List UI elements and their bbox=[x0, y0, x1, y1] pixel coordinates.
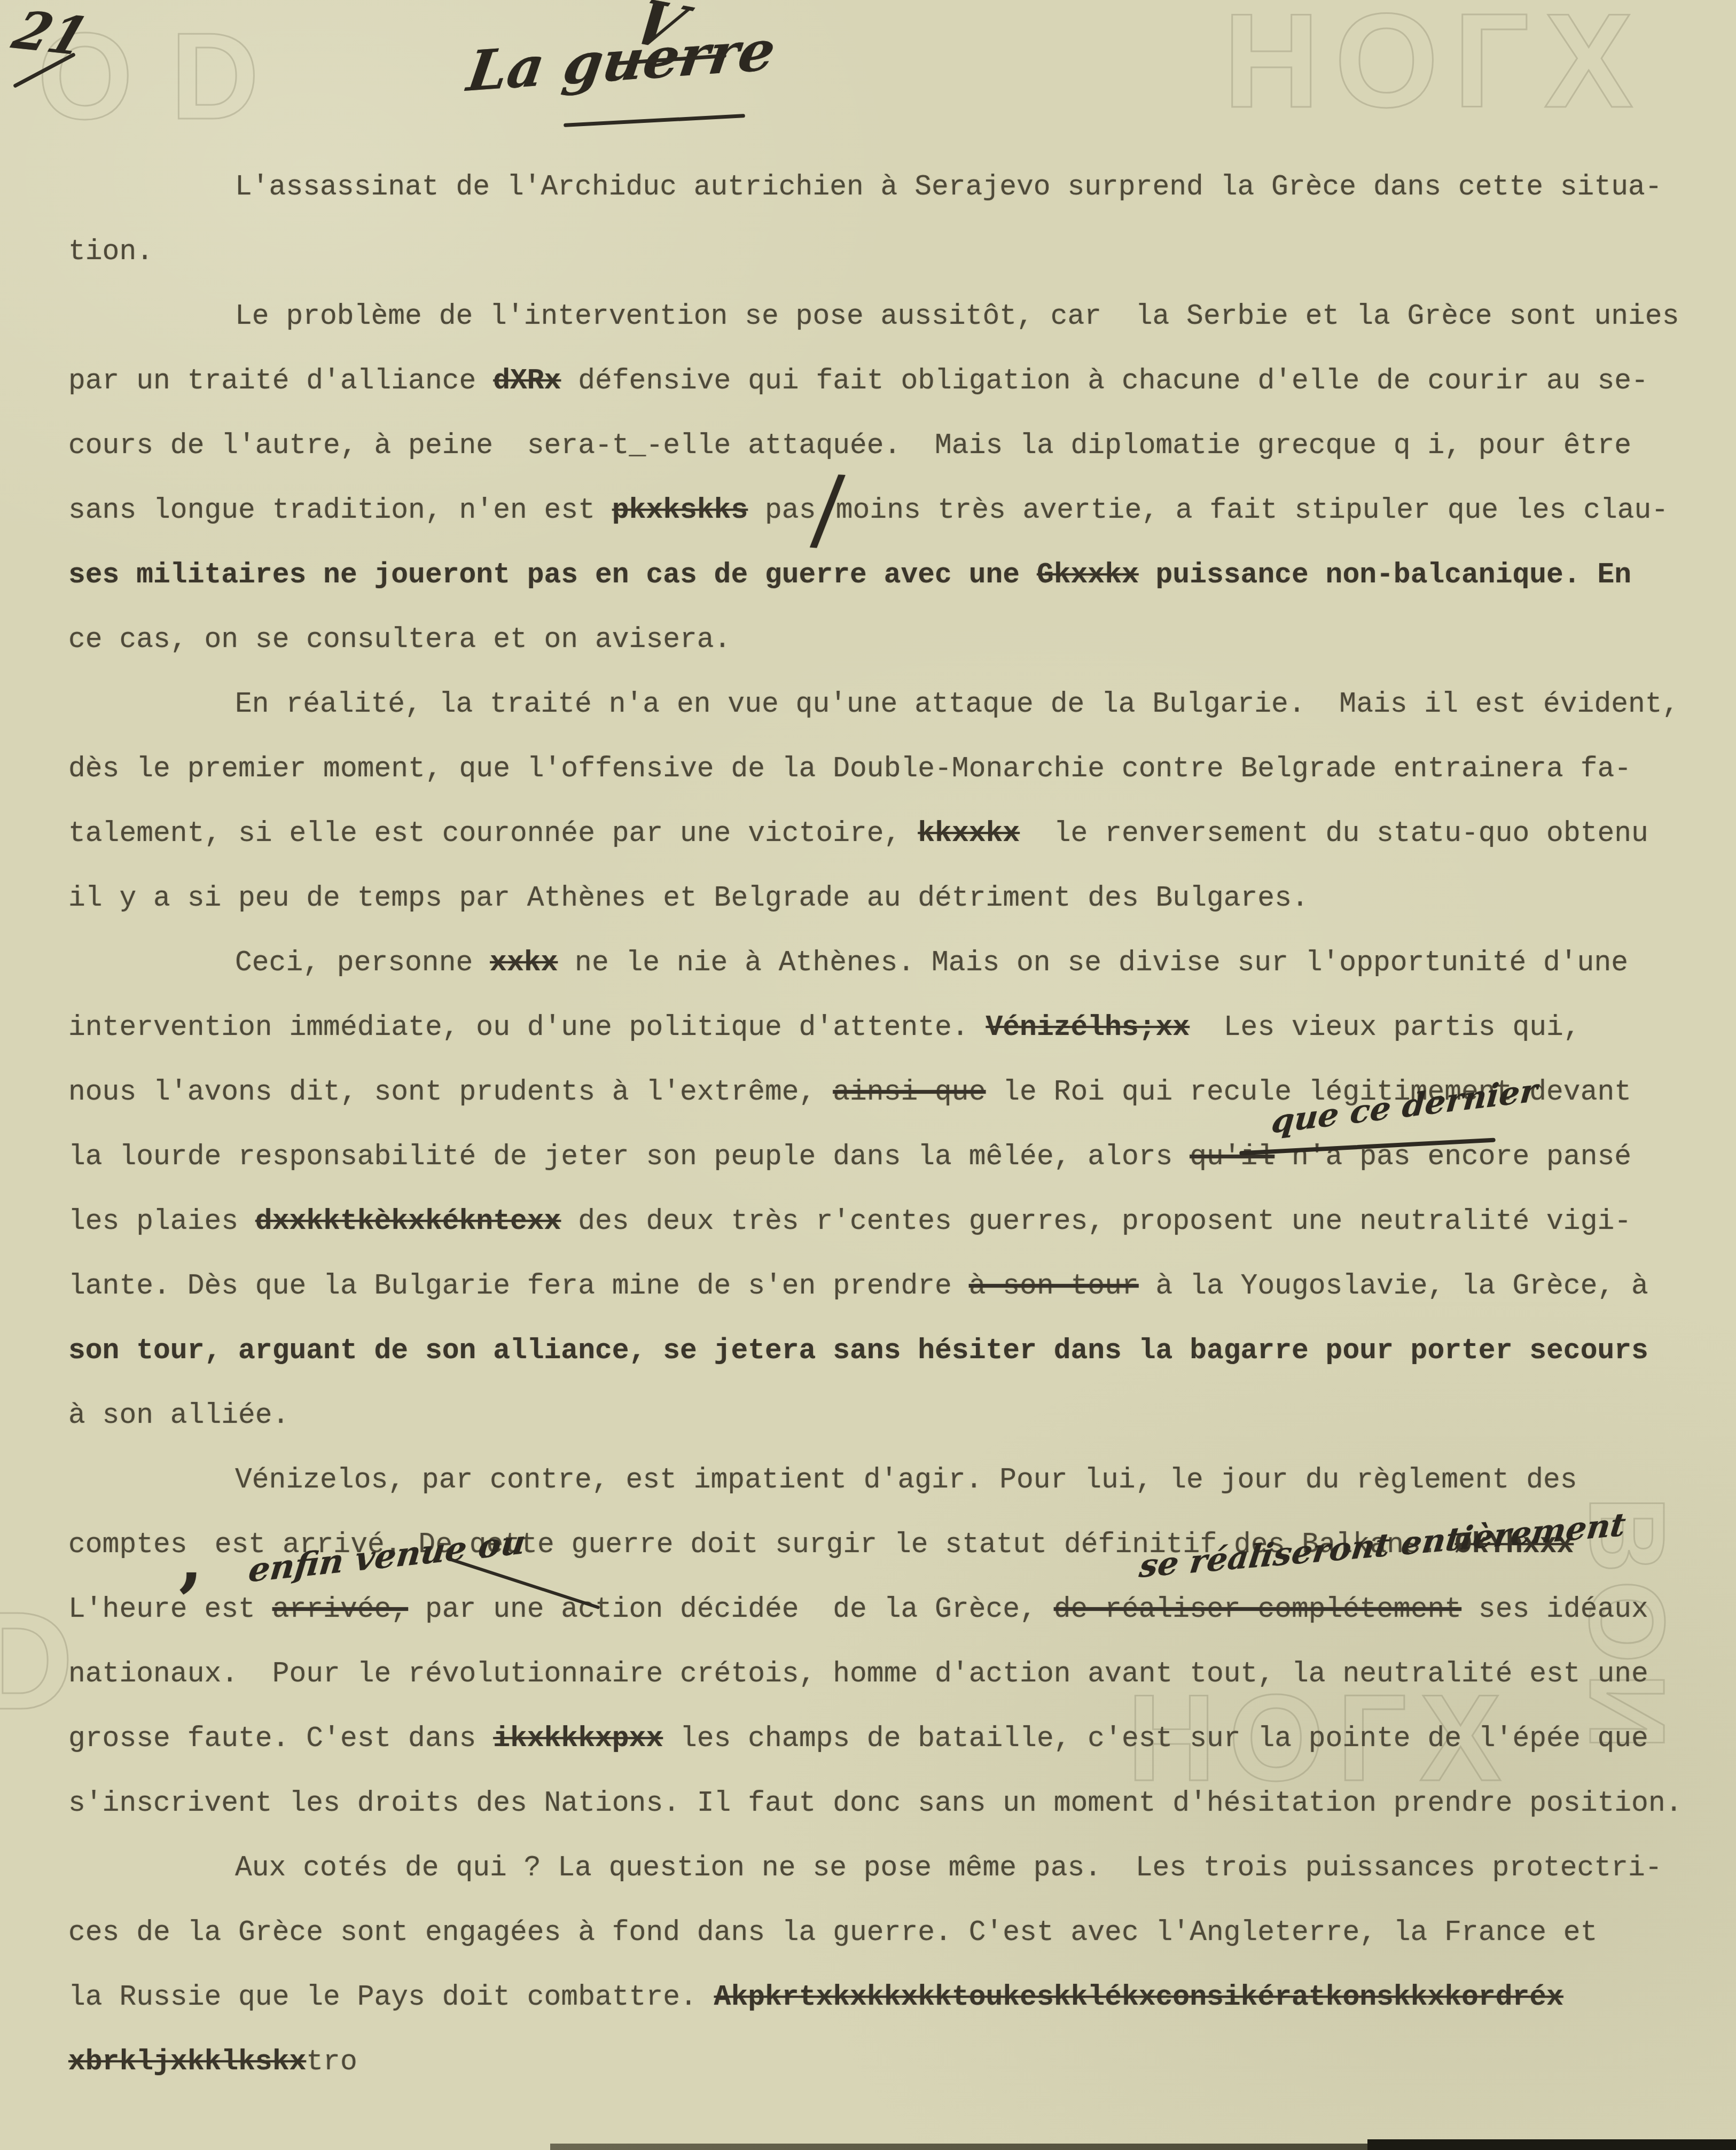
typed-line: lante. Dès que la Bulgarie fera mine de … bbox=[68, 1270, 1676, 1302]
watermark-top-right: НОГХ bbox=[1223, 0, 1648, 137]
overstruck-text: kkxxkx bbox=[918, 817, 1020, 850]
typed-text-segment: grosse faute. C'est dans bbox=[68, 1723, 493, 1755]
typed-text-segment: ces de la Grèce sont engagées à fond dan… bbox=[68, 1917, 1597, 1949]
typed-text-segment: ses militaires ne joueront pas en cas de… bbox=[68, 559, 1037, 591]
typed-text-segment: puissance non-balcanique. En bbox=[1139, 559, 1631, 591]
document-page: OD НОГХ ВОИ НОГХ D 21 La guerre V L'assa… bbox=[0, 0, 1736, 2150]
typed-text-segment: s'inscrivent les droits des Nations. Il … bbox=[68, 1787, 1683, 1819]
typed-line: intervention immédiate, ou d'une politiq… bbox=[68, 1011, 1676, 1043]
typed-text-segment: il y a si peu de temps par Athènes et Be… bbox=[68, 882, 1309, 914]
typed-line: à son alliée. bbox=[68, 1399, 1676, 1431]
typed-line: par un traité d'alliance dXRx défensive … bbox=[68, 365, 1676, 397]
overstruck-text: dxxkktkèkxkékntexx bbox=[255, 1205, 561, 1237]
overstruck-text: Akpkrtxkxkkxkktoukeskklékxconsikératkons… bbox=[714, 1981, 1563, 2013]
hand-struck-text: de réaliser complétement bbox=[1054, 1593, 1461, 1625]
typed-line: L'heure est arrivée, par une action déci… bbox=[68, 1593, 1676, 1625]
typed-text-segment: ce cas, on se consultera et on avisera. bbox=[68, 624, 731, 656]
hand-struck-text: arrivée, bbox=[272, 1593, 408, 1625]
typed-line: xbrkljxkklkskxtro bbox=[68, 2046, 1676, 2078]
typed-text-segment: comptes bbox=[68, 1529, 187, 1561]
typed-text-segment: nous l'avons dit, sont prudents à l'extr… bbox=[68, 1076, 833, 1108]
typed-text-segment: L'assassinat de l'Archiduc autrichien à … bbox=[235, 171, 1662, 203]
typed-text-segment: moins très avertie, a fait stipuler que … bbox=[836, 494, 1668, 526]
typed-text-segment: les plaies bbox=[68, 1205, 255, 1237]
typed-line: Le problème de l'intervention se pose au… bbox=[68, 300, 1736, 332]
typed-text-segment: L'heure est bbox=[68, 1593, 272, 1625]
typed-text-segment: pas bbox=[748, 494, 816, 526]
handwritten-slash: / bbox=[813, 508, 843, 510]
typed-line: cours de l'autre, à peine sera-t_-elle a… bbox=[68, 430, 1676, 462]
typed-text-segment: nationaux. Pour le révolutionnaire créto… bbox=[68, 1658, 1648, 1690]
typed-text-segment: dès le premier moment, que l'offensive d… bbox=[68, 753, 1631, 785]
typed-text-segment: par un traité d'alliance bbox=[68, 365, 493, 397]
typed-text-segment: par une action décidée de la Grèce, bbox=[408, 1593, 1054, 1625]
overstruck-text: ikxkkkxpxx bbox=[493, 1723, 663, 1755]
hand-struck-text: ainsi que bbox=[833, 1076, 986, 1108]
typed-text-segment: tro bbox=[306, 2046, 357, 2078]
typed-line: dès le premier moment, que l'offensive d… bbox=[68, 753, 1676, 785]
typed-text-segment: Ceci, personne bbox=[235, 947, 490, 979]
typed-text-segment: ne le nie à Athènes. Mais on se divise s… bbox=[558, 947, 1628, 979]
typed-line: grosse faute. C'est dans ikxkkkxpxx les … bbox=[68, 1723, 1676, 1755]
typed-text-segment: Le problème de l'intervention se pose au… bbox=[235, 300, 1679, 332]
typed-line: L'assassinat de l'Archiduc autrichien à … bbox=[68, 171, 1736, 203]
typed-line: sans longue tradition, n'en est pkxkskks… bbox=[68, 494, 1676, 526]
typed-text-segment: à la Yougoslavie, la Grèce, à bbox=[1139, 1270, 1648, 1302]
overstruck-text: Vénizélhs;xx bbox=[986, 1011, 1190, 1043]
typed-text-segment: talement, si elle est couronnée par une … bbox=[68, 817, 918, 850]
typed-text-segment: n'a pas encore pansé bbox=[1274, 1141, 1631, 1173]
overstruck-text: xbrkljxkklkskx bbox=[68, 2046, 306, 2078]
typed-line: s'inscrivent les droits des Nations. Il … bbox=[68, 1787, 1676, 1819]
overstruck-text: Gkxxkx bbox=[1037, 559, 1139, 591]
typed-line: il y a si peu de temps par Athènes et Be… bbox=[68, 882, 1676, 914]
hand-struck-text: qu'il bbox=[1190, 1141, 1274, 1173]
typed-line: ce cas, on se consultera et on avisera. bbox=[68, 624, 1676, 656]
typed-line: En réalité, la traité n'a en vue qu'une … bbox=[68, 688, 1736, 720]
typed-text-segment: son tour, arguant de son alliance, se je… bbox=[68, 1335, 1648, 1367]
typed-line: talement, si elle est couronnée par une … bbox=[68, 817, 1676, 850]
typed-text-segment: lante. Dès que la Bulgarie fera mine de … bbox=[68, 1270, 969, 1302]
typed-text-segment: tion. bbox=[68, 236, 153, 268]
typed-line: son tour, arguant de son alliance, se je… bbox=[68, 1335, 1676, 1367]
typed-text-segment: le renversement du statu-quo obtenu bbox=[1020, 817, 1648, 850]
typed-line: Vénizelos, par contre, est impatient d'a… bbox=[68, 1464, 1736, 1496]
typed-text-segment: des deux très r'centes guerres, proposen… bbox=[561, 1205, 1631, 1237]
typed-line: Aux cotés de qui ? La question ne se pos… bbox=[68, 1852, 1736, 1884]
typed-text-segment: Les vieux partis qui, bbox=[1190, 1011, 1581, 1043]
typed-text-segment: cours de l'autre, à peine sera-t_-elle a… bbox=[68, 430, 1631, 462]
typed-line: la lourde responsabilité de jeter son pe… bbox=[68, 1141, 1676, 1173]
watermark-bottom-left: D bbox=[0, 1582, 74, 1741]
scan-edge-corner bbox=[1367, 2139, 1736, 2150]
handwritten-correction-se-realiseront: se réaliseront entièrement bbox=[1137, 1506, 1628, 1585]
typed-text-segment: la lourde responsabilité de jeter son pe… bbox=[68, 1141, 1190, 1173]
typed-line: ces de la Grèce sont engagées à fond dan… bbox=[68, 1917, 1676, 1949]
typed-line: les plaies dxxkktkèkxkékntexx des deux t… bbox=[68, 1205, 1676, 1237]
typed-text-segment: les champs de bataille, c'est sur la poi… bbox=[663, 1723, 1648, 1755]
typed-text-segment: la Russie que le Pays doit combattre. bbox=[68, 1981, 714, 2013]
overstruck-text: pkxkskks bbox=[612, 494, 748, 526]
typed-line: Ceci, personne xxkx ne le nie à Athènes.… bbox=[68, 947, 1736, 979]
typed-line: ses militaires ne joueront pas en cas de… bbox=[68, 559, 1676, 591]
typed-line: tion. bbox=[68, 236, 1676, 268]
typed-text-segment: Vénizelos, par contre, est impatient d'a… bbox=[235, 1464, 1577, 1496]
typed-text-segment: En réalité, la traité n'a en vue qu'une … bbox=[235, 688, 1679, 720]
typed-line: nationaux. Pour le révolutionnaire créto… bbox=[68, 1658, 1676, 1690]
typed-line: la Russie que le Pays doit combattre. Ak… bbox=[68, 1981, 1676, 2013]
typed-text-segment: intervention immédiate, ou d'une politiq… bbox=[68, 1011, 986, 1043]
title-underline bbox=[564, 114, 745, 127]
overstruck-text: dXRx bbox=[493, 365, 561, 397]
typed-text-segment: ses idéaux bbox=[1461, 1593, 1648, 1625]
typed-text-segment: sans longue tradition, n'en est bbox=[68, 494, 612, 526]
typed-text-segment: défensive qui fait obligation à chacune … bbox=[561, 365, 1648, 397]
typed-text-segment: Aux cotés de qui ? La question ne se pos… bbox=[235, 1852, 1662, 1884]
overstruck-text: xxkx bbox=[490, 947, 558, 979]
typed-text-segment: à son alliée. bbox=[68, 1399, 289, 1431]
hand-struck-text: à son tour bbox=[969, 1270, 1139, 1302]
